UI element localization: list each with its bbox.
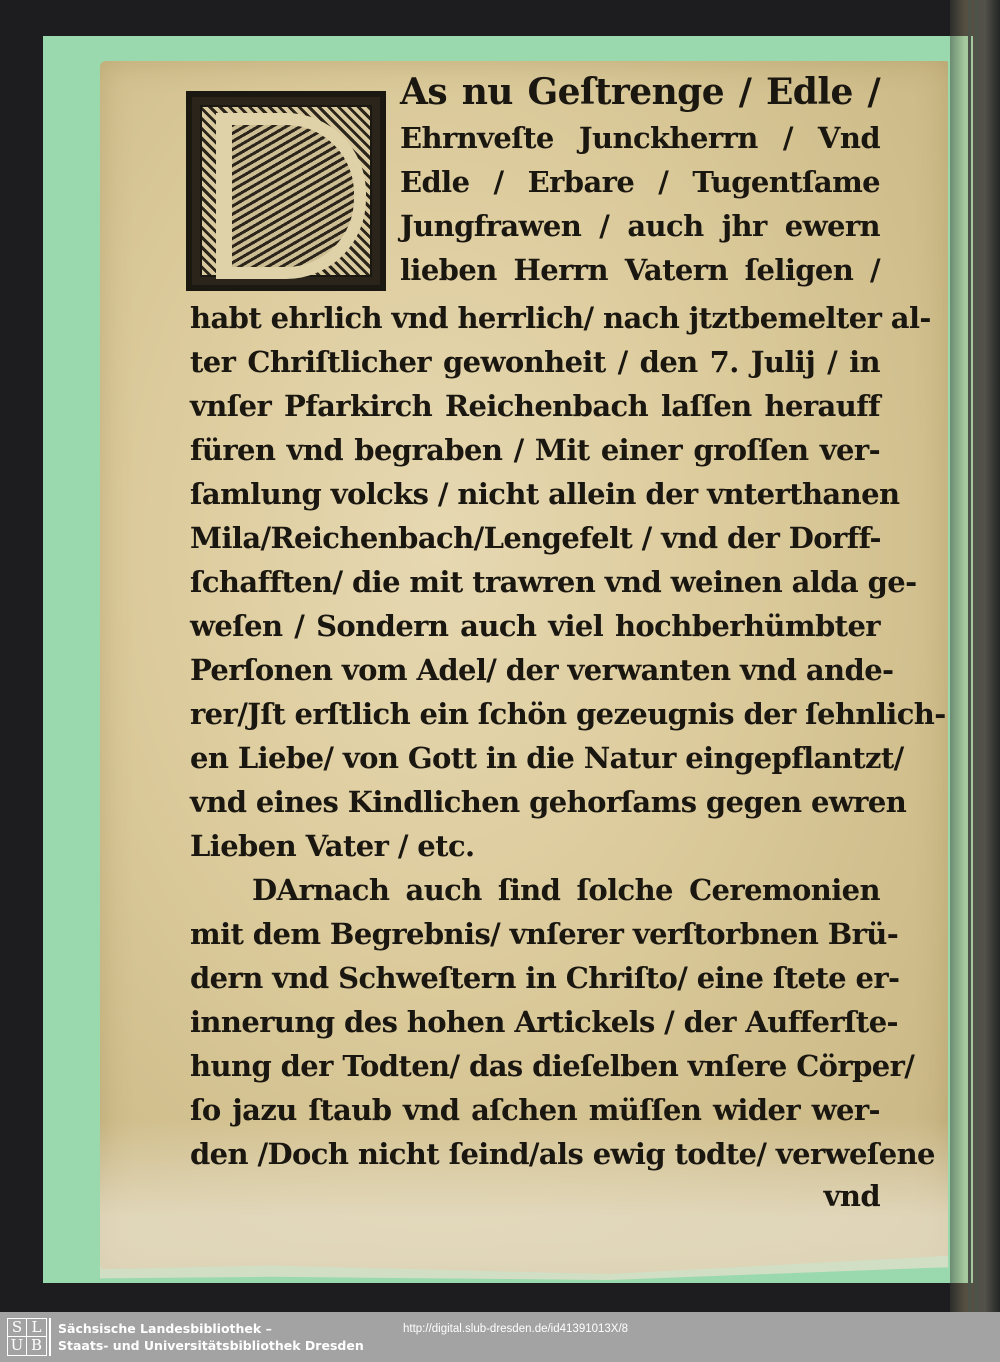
- text-line: Lieben Vater / etc.: [190, 826, 880, 866]
- text-line: habt ehrlich vnd herrlich/ nach jtztbeme…: [190, 298, 880, 338]
- text-line: ſo jazu ſtaub vnd aſchen müſſen wider we…: [190, 1090, 880, 1130]
- text-line: Ehrnveſte Junckherrn / Vnd: [400, 118, 880, 158]
- text-line: vnd: [190, 1176, 880, 1216]
- text-line: As nu Geſtrenge / Edle /: [400, 72, 880, 112]
- slub-logo: S L U B: [7, 1318, 47, 1356]
- text-line: ſamlung volcks / nicht allein der vntert…: [190, 474, 880, 514]
- logo-divider: [49, 1318, 51, 1356]
- initial-letter: D: [216, 113, 366, 279]
- library-footer-bar: S L U B Sächsische Landesbibliothek – St…: [0, 1312, 1000, 1362]
- document-url[interactable]: http://digital.slub-dresden.de/id4139101…: [403, 1323, 628, 1335]
- text-line: Mila/Reichenbach/Lengefelt / vnd der Dor…: [190, 518, 880, 558]
- glass-edge-line: [968, 0, 971, 1312]
- text-line: en Liebe/ von Gott in die Natur eingepfl…: [190, 738, 880, 778]
- text-line: hung der Todten/ das dieſelben vnſere Cö…: [190, 1046, 880, 1086]
- decorated-initial-d: D: [186, 91, 386, 291]
- text-line: den /Doch nicht ſeind/als ewig todte/ ve…: [190, 1134, 880, 1174]
- logo-letter: L: [27, 1319, 46, 1337]
- initial-ornament-field: D: [200, 105, 372, 277]
- institution-name-line1: Sächsische Landesbibliothek –: [58, 1321, 272, 1336]
- text-line: ter Chriſtlicher gewonheit / den 7. Juli…: [190, 342, 880, 382]
- text-line: Jungfrawen / auch jhr ewern: [400, 206, 880, 246]
- text-line: dern vnd Schweſtern in Chriſto/ eine ſte…: [190, 958, 880, 998]
- logo-letter: U: [8, 1337, 27, 1355]
- logo-letter: S: [8, 1319, 27, 1337]
- text-line: Edle / Erbare / Tugentſame: [400, 162, 880, 202]
- text-line: mit dem Begrebnis/ vnſerer verſtorbnen B…: [190, 914, 880, 954]
- scan-viewport: D As nu Geſtrenge / Edle /Ehrnveſte Junc…: [0, 0, 1000, 1312]
- text-line: innerung des hohen Artickels / der Auffe…: [190, 1002, 880, 1042]
- glass-edge-line: [975, 0, 978, 1312]
- text-line: vnſer Pfarkirch Reichenbach laſſen herau…: [190, 386, 880, 426]
- text-line: füren vnd begraben / Mit einer groſſen v…: [190, 430, 880, 470]
- text-line: vnd eines Kindlichen gehorſams gegen ewr…: [190, 782, 880, 822]
- text-line: rer/Jſt erſtlich ein ſchön gezeugnis der…: [190, 694, 880, 734]
- logo-letter: B: [27, 1337, 46, 1355]
- text-line: ſchafften/ die mit trawren vnd weinen al…: [190, 562, 880, 602]
- text-line: weſen / Sondern auch viel hochberhümbter: [190, 606, 880, 646]
- text-line: DArnach auch ſind ſolche Ceremonien: [252, 870, 880, 910]
- institution-name-line2: Staats- und Universitätsbibliothek Dresd…: [58, 1338, 364, 1353]
- text-line: Perſonen vom Adel/ der verwanten vnd and…: [190, 650, 880, 690]
- text-line: lieben Herrn Vatern ſeligen /: [400, 250, 880, 290]
